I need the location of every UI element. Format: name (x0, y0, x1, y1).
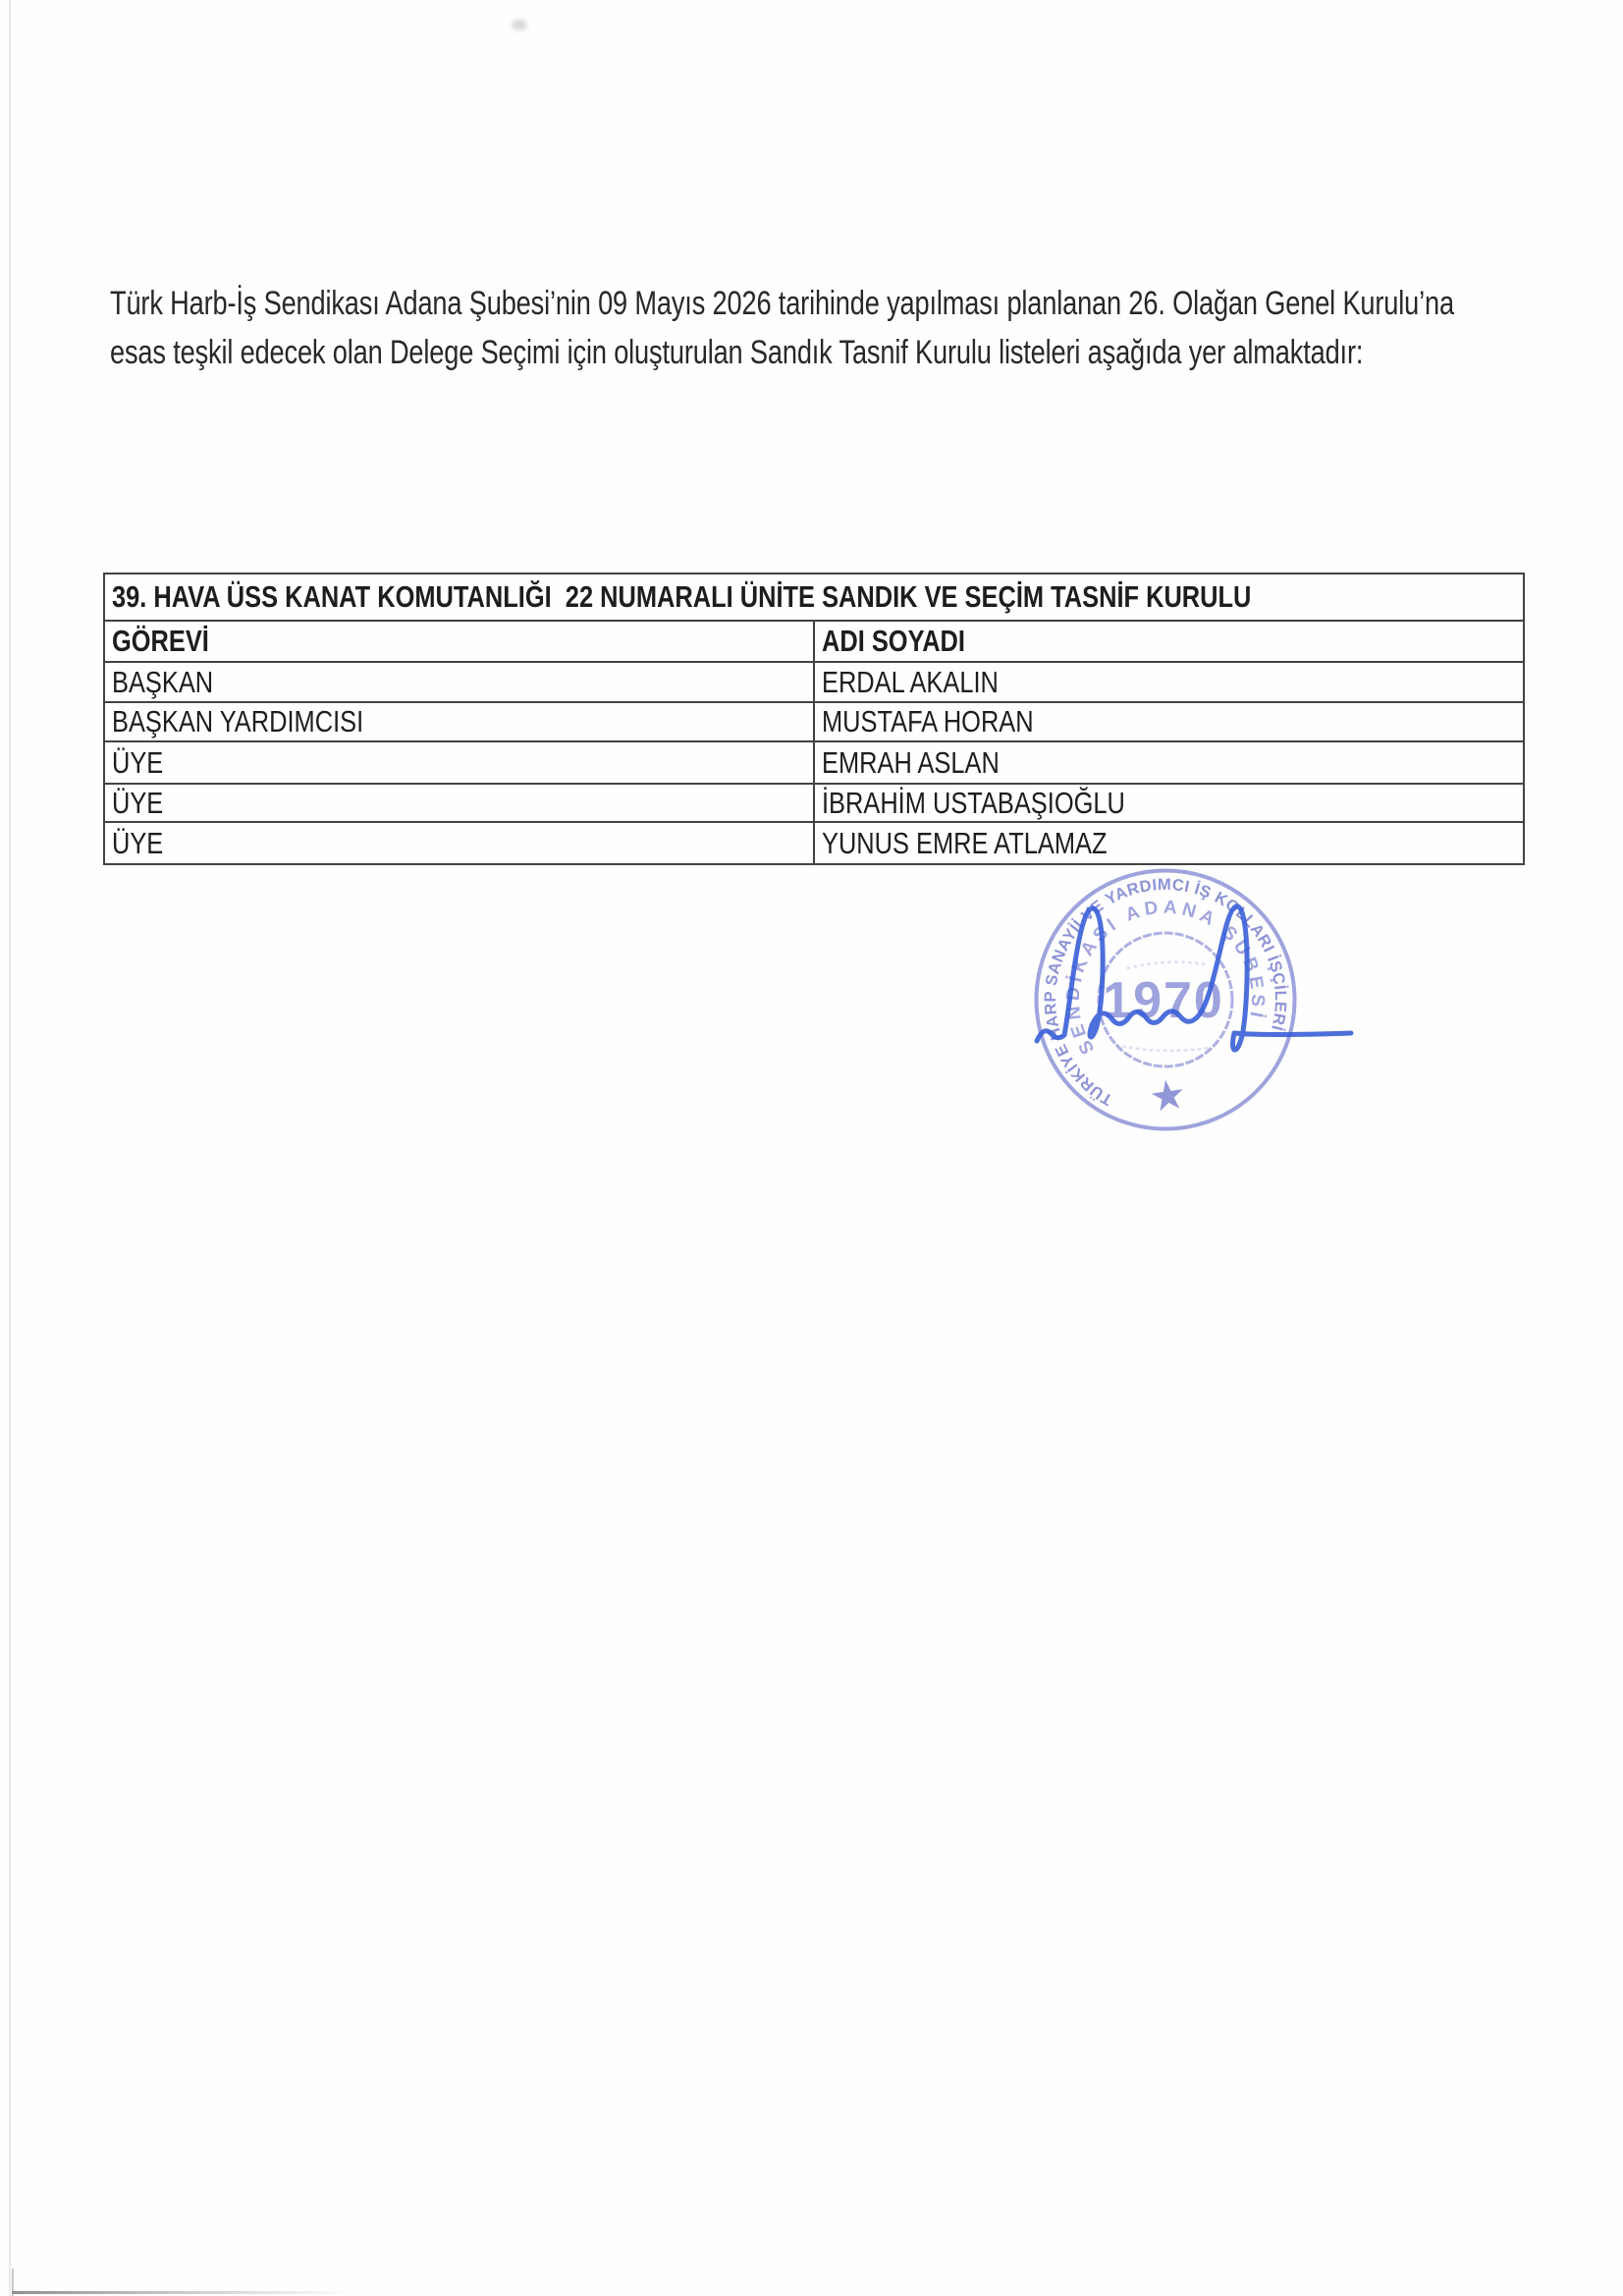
scan-edge-artifact (9, 0, 11, 2296)
intro-line-2: esas teşkil edecek olan Delege Seçimi iç… (110, 328, 1623, 377)
name-cell: MUSTAFA HORAN (814, 702, 1524, 741)
name-cell: EMRAH ASLAN (814, 741, 1524, 784)
star-icon: ★ (1146, 1070, 1189, 1121)
header-cell-role: GÖREVİ (104, 621, 814, 662)
stamp-faint-text-line (1115, 1045, 1210, 1051)
role-cell: ÜYE (104, 822, 814, 864)
header-cell-name: ADI SOYADI (814, 621, 1524, 662)
table-row: ÜYE EMRAH ASLAN (104, 741, 1524, 784)
scan-smudge-artifact (512, 20, 527, 30)
table-row: BAŞKAN YARDIMCISI MUSTAFA HORAN (104, 702, 1524, 741)
stamp-seal: TÜRKİYE HARP SANAYİİ VE YARDIMCI İŞ KOLL… (1037, 871, 1295, 1129)
name-cell: İBRAHİM USTABAŞIOĞLU (814, 784, 1524, 822)
union-stamp-and-signature: TÜRKİYE HARP SANAYİİ VE YARDIMCI İŞ KOLL… (1011, 850, 1384, 1165)
stamp-faint-text-line (1127, 962, 1206, 968)
table-title: 39. HAVA ÜSS KANAT KOMUTANLIĞI 22 NUMARA… (112, 579, 1251, 615)
table-header-row: GÖREVİ ADI SOYADI (104, 621, 1524, 662)
table-title-row: 39. HAVA ÜSS KANAT KOMUTANLIĞI 22 NUMARA… (104, 574, 1524, 621)
role-cell: BAŞKAN YARDIMCISI (104, 702, 814, 741)
table-row: ÜYE İBRAHİM USTABAŞIOĞLU (104, 784, 1524, 822)
name-cell: ERDAL AKALIN (814, 662, 1524, 702)
role-cell: ÜYE (104, 741, 814, 784)
table-title-cell: 39. HAVA ÜSS KANAT KOMUTANLIĞI 22 NUMARA… (104, 574, 1524, 621)
role-cell: BAŞKAN (104, 662, 814, 702)
scan-corner-artifact (12, 2291, 353, 2294)
intro-line-1: Türk Harb-İş Sendikası Adana Şubesi’nin … (110, 279, 1623, 328)
document-page: Türk Harb-İş Sendikası Adana Şubesi’nin … (0, 0, 1623, 2296)
intro-paragraph: Türk Harb-İş Sendikası Adana Şubesi’nin … (110, 279, 1623, 377)
committee-table: 39. HAVA ÜSS KANAT KOMUTANLIĞI 22 NUMARA… (103, 573, 1525, 865)
stamp-signature-svg: TÜRKİYE HARP SANAYİİ VE YARDIMCI İŞ KOLL… (1011, 850, 1384, 1165)
table-row: BAŞKAN ERDAL AKALIN (104, 662, 1524, 702)
role-cell: ÜYE (104, 784, 814, 822)
